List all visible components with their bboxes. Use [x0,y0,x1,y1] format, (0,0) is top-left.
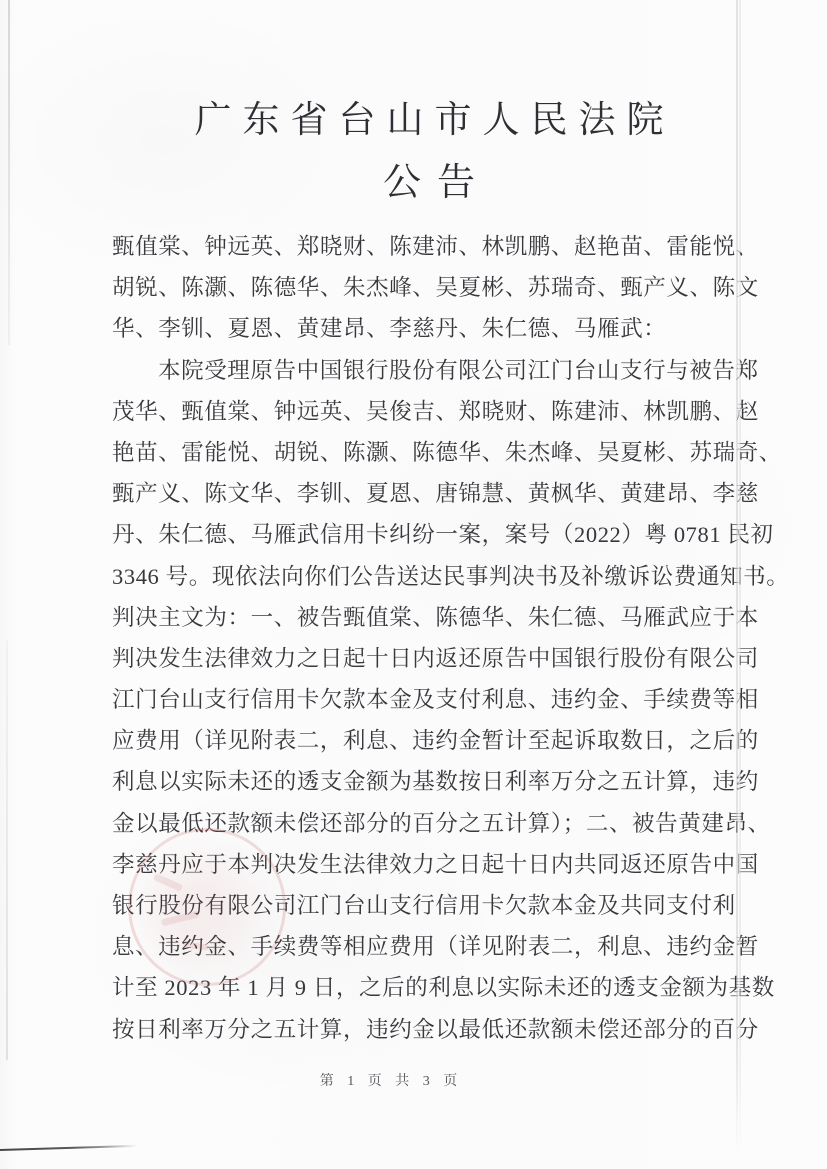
scan-edge-line [6,640,8,1060]
body-line: 3346 号。现依法向你们公告送达民事判决书及补缴诉讼费通知书。 [112,556,748,597]
court-name-title: 广东省台山市人民法院 [112,97,746,145]
seal-smudge [161,911,200,927]
seal-smudge [183,941,210,951]
body-line: 甄产义、陈文华、李钏、夏恩、唐锦慧、黄枫华、黄建昂、李慈 [112,473,748,514]
body-line: 丹、朱仁德、马雁武信用卡纠纷一案，案号（2022）粤 0781 民初 [112,514,748,555]
body-line: 判决发生法律效力之日起十日内返还原告中国银行股份有限公司 [112,638,748,679]
body-line: 本院受理原告中国银行股份有限公司江门台山支行与被告郑 [112,350,748,391]
body-line: 江门台山支行信用卡欠款本金及支付利息、违约金、手续费等相 [112,679,748,720]
notice-title: 公告 [112,158,746,208]
body-line: 按日利率万分之五计算，违约金以最低还款额未偿还部分的百分 [112,1009,748,1050]
body-line: 判决主文为：一、被告甄值棠、陈德华、朱仁德、马雁武应于本 [112,597,748,638]
body-line: 利息以实际未还的透支金额为基数按日利率万分之五计算，违约 [112,761,748,802]
document-page: 广东省台山市人民法院 公告 甄值棠、钟远英、郑晓财、陈建沛、林凯鹏、赵艳苗、雷能… [0,0,827,1169]
page-fold-line [736,0,742,1157]
body-line: 茂华、甄值棠、钟远英、吴俊吉、郑晓财、陈建沛、林凯鹏、赵 [112,391,748,432]
body-line: 甄值棠、钟远英、郑晓财、陈建沛、林凯鹏、赵艳苗、雷能悦、 [112,226,748,267]
body-line: 应费用（详见附表二，利息、违约金暂计至起诉取数日，之后的 [112,720,748,761]
body-line: 胡锐、陈灏、陈德华、朱杰峰、吴夏彬、苏瑞奇、甄产义、陈文 [112,267,748,308]
page-number: 第 1 页 共 3 页 [0,1070,782,1090]
scan-edge-line [8,0,10,345]
seal-bleedthrough [128,828,286,986]
body-line: 华、李钏、夏恩、黄建昂、李慈丹、朱仁德、马雁武： [112,308,748,349]
seal-smudge [153,873,183,892]
body-line: 艳苗、雷能悦、胡锐、陈灏、陈德华、朱杰峰、吴夏彬、苏瑞奇、 [112,432,748,473]
paper-cut-line [0,1145,137,1151]
